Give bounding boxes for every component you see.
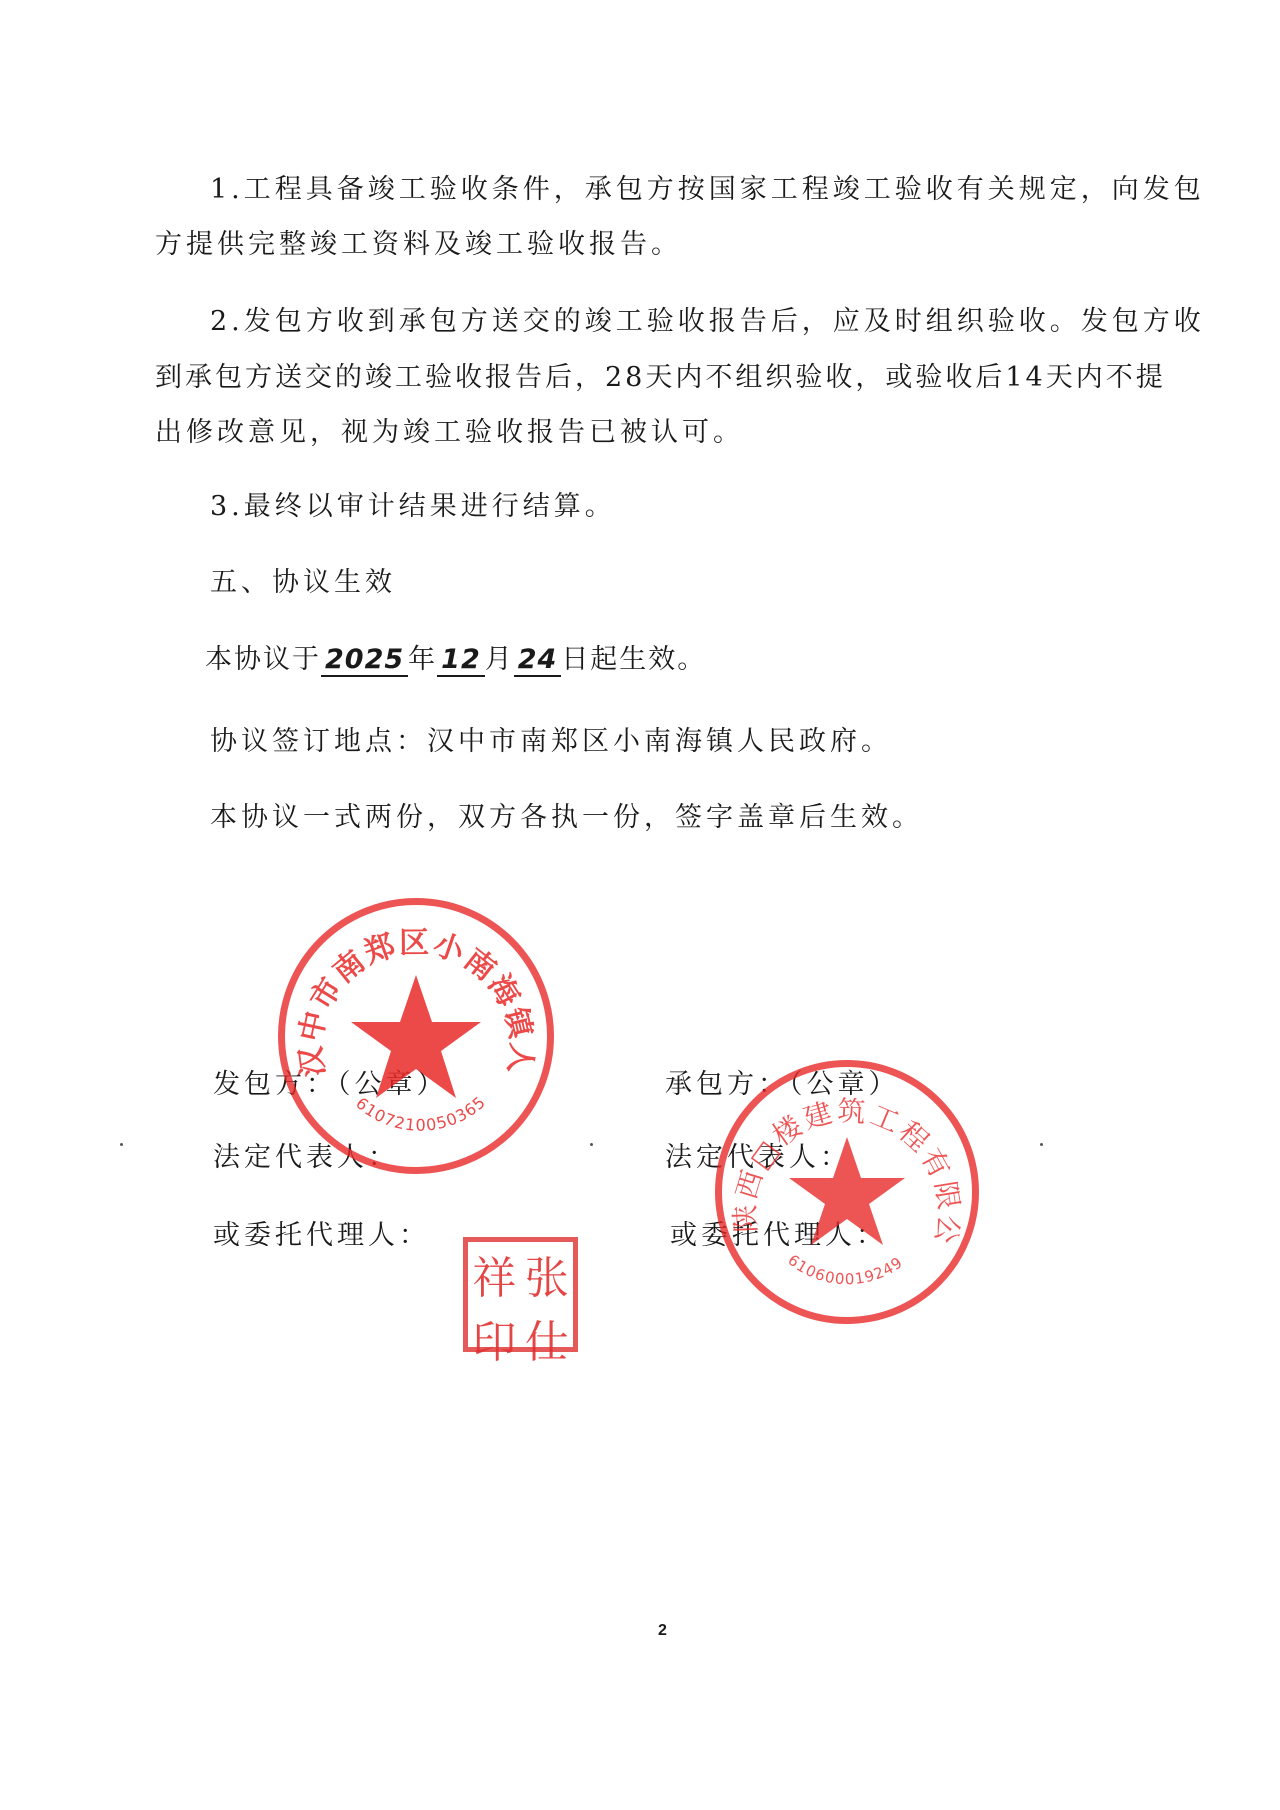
effective-date-line: 本协议于2025年12月24日起生效。 [205, 643, 706, 677]
effective-date-suffix: 日起生效。 [561, 644, 706, 675]
seal-char: 张 [521, 1242, 574, 1306]
section-heading: 五、协议生效 [210, 566, 396, 600]
scan-speck [1040, 1143, 1043, 1146]
scan-speck [120, 1143, 123, 1146]
personal-seal-icon: 祥 张 印 仕 [463, 1237, 578, 1352]
svg-text:6107210050365: 6107210050365 [352, 1092, 489, 1135]
handwritten-month: 12 [437, 644, 485, 677]
signing-location: 协议签订地点：汉中市南郑区小南海镇人民政府。 [210, 725, 892, 759]
seal-char: 仕 [521, 1306, 574, 1370]
year-unit: 年 [408, 644, 437, 675]
paragraph-1-line-2: 方提供完整竣工资料及竣工验收报告。 [155, 228, 682, 262]
effective-date-prefix: 本协议于 [205, 644, 321, 675]
copies-clause: 本协议一式两份，双方各执一份，签字盖章后生效。 [210, 801, 923, 835]
government-seal-code: 6107210050365 [352, 1092, 489, 1135]
company-seal-icon: 陕西□楼建筑工程有限公司 6106000192495 [715, 1060, 979, 1324]
page-number: 2 [658, 1622, 667, 1640]
paragraph-2-line-1: 2.发包方收到承包方送交的竣工验收报告后，应及时组织验收。发包方收 [210, 305, 1205, 339]
scan-speck [590, 1143, 593, 1146]
paragraph-1-line-1: 1.工程具备竣工验收条件，承包方按国家工程竣工验收有关规定，向发包 [210, 173, 1205, 207]
paragraph-2-line-2: 到承包方送交的竣工验收报告后，28天内不组织验收，或验收后14天内不提 [155, 361, 1166, 395]
seal-char: 祥 [468, 1242, 521, 1306]
handwritten-year: 2025 [321, 644, 408, 677]
month-unit: 月 [485, 644, 514, 675]
left-agent-label: 或委托代理人： [213, 1213, 430, 1252]
seal-char: 印 [468, 1306, 521, 1370]
paragraph-3: 3.最终以审计结果进行结算。 [210, 490, 616, 524]
star-icon [351, 975, 481, 1098]
paragraph-2-line-3: 出修改意见，视为竣工验收报告已被认可。 [155, 416, 744, 450]
government-seal-icon: 汉中市南郑区小南海镇人民政府 6107210050365 [278, 898, 554, 1174]
star-icon [789, 1137, 905, 1245]
handwritten-day: 24 [514, 644, 562, 677]
